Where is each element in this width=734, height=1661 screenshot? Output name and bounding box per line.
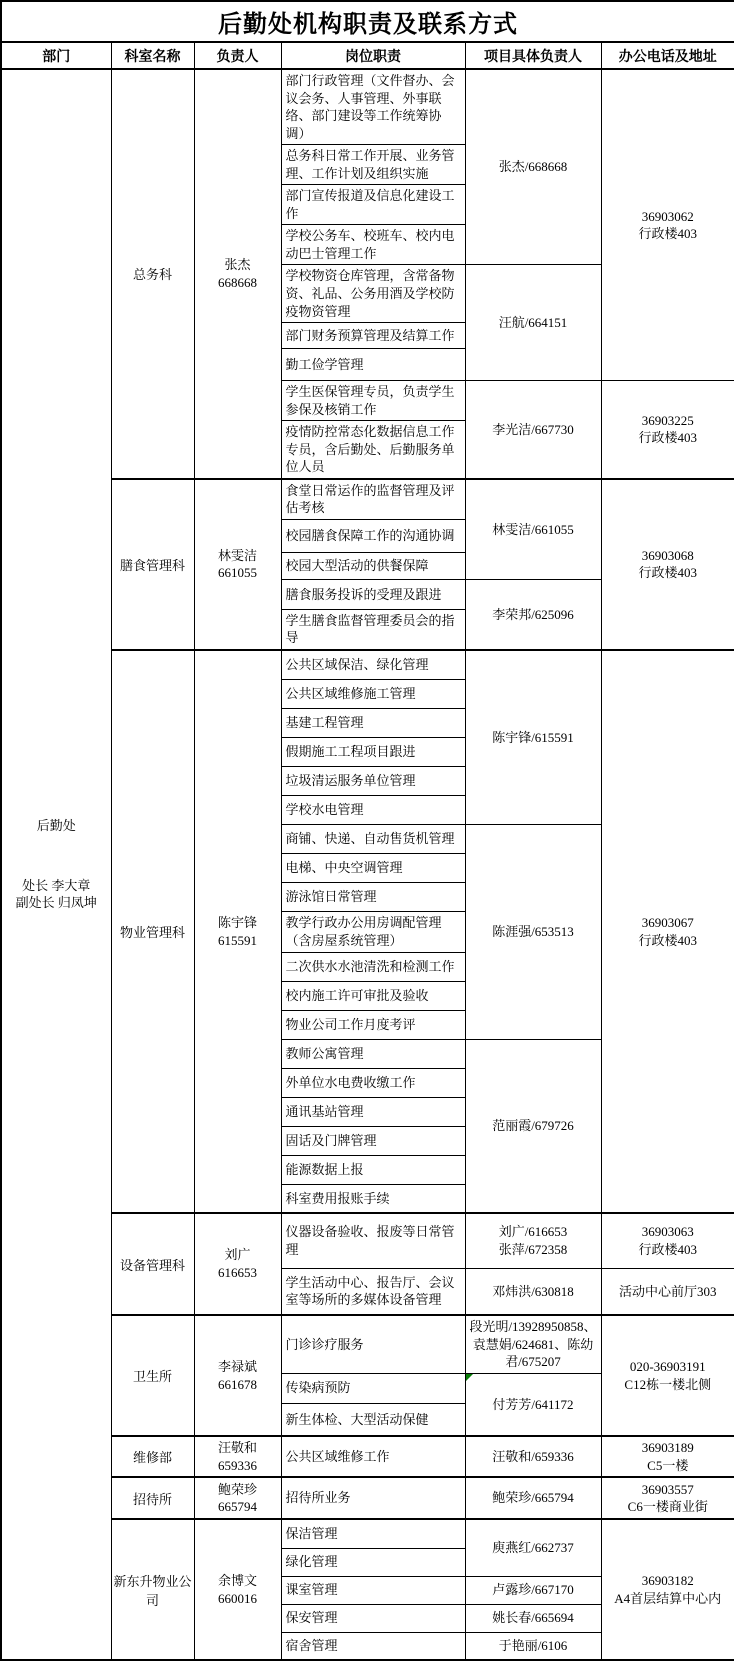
leader-ext: 660016 [197, 1590, 279, 1608]
pm-cell: 段光明/13928950858、袁慧娟/624681、陈幼君/675207 [465, 1315, 601, 1373]
phone-cell: 020-36903191 C12栋一楼北侧 [601, 1315, 734, 1436]
office-cell: 维修部 [111, 1436, 194, 1477]
pm-cell: 李光洁/667730 [465, 381, 601, 479]
leader-cell: 鲍荣珍 665794 [194, 1477, 281, 1519]
leader-name: 李禄斌 [197, 1358, 279, 1376]
office-cell: 膳食管理科 [111, 479, 194, 650]
pm-cell: 鲍荣珍/665794 [465, 1477, 601, 1519]
pm-line: 刘广/616653 [468, 1223, 599, 1241]
duty-cell: 部门财务预算管理及结算工作 [281, 323, 465, 349]
duty-cell: 学校水电管理 [281, 795, 465, 824]
duty-cell: 部门行政管理（文件督办、会议会务、人事管理、外事联络、部门建设等工作统筹协调） [281, 69, 465, 145]
comment-marker [466, 1374, 473, 1381]
phone-cell: 36903068 行政楼403 [601, 479, 734, 650]
duty-cell: 校园膳食保障工作的沟通协调 [281, 519, 465, 552]
pm-line: 李荣邦/625096 [468, 606, 599, 624]
leader-cell: 林雯洁 661055 [194, 479, 281, 650]
duty-cell: 疫情防控常态化数据信息工作专员，含后勤处、后勤服务单位人员 [281, 421, 465, 479]
duty-cell: 学校公务车、校班车、校内电动巴士管理工作 [281, 225, 465, 265]
duty-cell: 招待所业务 [281, 1477, 465, 1519]
duty-cell: 能源数据上报 [281, 1155, 465, 1184]
pm-line: 姚长春/665694 [468, 1609, 599, 1627]
phone-cell: 36903189 C5一楼 [601, 1436, 734, 1477]
phone-cell: 36903225 行政楼403 [601, 381, 734, 479]
pm-cell: 姚长春/665694 [465, 1604, 601, 1632]
duty-cell: 学生膳食监督管理委员会的指导 [281, 609, 465, 650]
duty-cell: 电梯、中央空调管理 [281, 853, 465, 882]
office-cell: 新东升物业公司 [111, 1519, 194, 1660]
dept-name: 后勤处 [4, 817, 109, 835]
duty-cell: 门诊诊疗服务 [281, 1315, 465, 1373]
column-header-duty: 岗位职责 [281, 42, 465, 69]
pm-line: 于艳丽/6106 [468, 1637, 599, 1655]
pm-line: 汪航/664151 [468, 314, 599, 332]
pm-line: 汪敬和/659336 [468, 1448, 599, 1466]
leader-cell: 李禄斌 661678 [194, 1315, 281, 1436]
duty-cell: 物业公司工作月度考评 [281, 1010, 465, 1039]
pm-cell: 汪敬和/659336 [465, 1436, 601, 1477]
leader-name: 林雯洁 [197, 547, 279, 565]
duty-cell: 公共区域保洁、绿化管理 [281, 650, 465, 679]
pm-cell: 于艳丽/6106 [465, 1632, 601, 1660]
pm-line: 陈涯强/653513 [468, 923, 599, 941]
duty-cell: 仪器设备验收、报废等日常管理 [281, 1213, 465, 1268]
page-title: 后勤处机构职责及联系方式 [1, 1, 734, 42]
pm-line: 林雯洁/661055 [468, 521, 599, 539]
column-header-office: 科室名称 [111, 42, 194, 69]
phone-number: 36903225 [604, 412, 733, 430]
leader-cell: 张杰 668668 [194, 69, 281, 479]
pm-line: 庾燕红/662737 [468, 1539, 599, 1557]
phone-number: 36903189 [604, 1439, 733, 1457]
duty-cell: 学校物资仓库管理，含常备物资、礼品、公务用酒及学校防疫物资管理 [281, 265, 465, 323]
office-cell: 卫生所 [111, 1315, 194, 1436]
duty-cell: 绿化管理 [281, 1548, 465, 1576]
pm-line: 卢露珍/667170 [468, 1581, 599, 1599]
duty-cell: 公共区域维修施工管理 [281, 679, 465, 708]
duty-cell: 勤工俭学管理 [281, 349, 465, 381]
duty-cell: 外单位水电费收缴工作 [281, 1068, 465, 1097]
phone-address: C6一楼商业街 [604, 1498, 733, 1516]
office-cell: 招待所 [111, 1477, 194, 1519]
pm-cell: 陈涯强/653513 [465, 824, 601, 1039]
leader-name: 鲍荣珍 [197, 1481, 279, 1499]
pm-line: 段光明/13928950858、袁慧娟/624681、陈幼君/675207 [468, 1318, 599, 1371]
pm-cell: 林雯洁/661055 [465, 479, 601, 580]
duty-cell: 基建工程管理 [281, 708, 465, 737]
duty-cell: 游泳馆日常管理 [281, 882, 465, 911]
duty-cell: 总务科日常工作开展、业务管理、工作计划及组织实施 [281, 145, 465, 185]
duty-cell: 校园大型活动的供餐保障 [281, 552, 465, 579]
leader-name: 陈宇锋 [197, 914, 279, 932]
pm-line: 范丽霞/679726 [468, 1117, 599, 1135]
phone-cell: 36903063 行政楼403 [601, 1213, 734, 1268]
phone-number: 36903557 [604, 1481, 733, 1499]
pm-line: 张杰/668668 [468, 158, 599, 176]
pm-cell: 范丽霞/679726 [465, 1039, 601, 1213]
leader-cell: 陈宇锋 615591 [194, 650, 281, 1213]
pm-cell: 卢露珍/667170 [465, 1576, 601, 1604]
leader-ext: 665794 [197, 1498, 279, 1516]
duty-cell: 二次供水水池清洗和检测工作 [281, 952, 465, 981]
duty-cell: 假期施工工程项目跟进 [281, 737, 465, 766]
phone-number: 36903182 [604, 1572, 733, 1590]
phone-cell: 36903182 A4首层结算中心内 [601, 1519, 734, 1660]
duty-cell: 膳食服务投诉的受理及跟进 [281, 579, 465, 609]
org-duty-table: 后勤处机构职责及联系方式 部门 科室名称 负责人 岗位职责 项目具体负责人 办公… [0, 0, 734, 1661]
phone-cell: 36903067 行政楼403 [601, 650, 734, 1213]
duty-cell: 垃圾清运服务单位管理 [281, 766, 465, 795]
duty-cell: 固话及门牌管理 [281, 1126, 465, 1155]
pm-line: 鲍荣珍/665794 [468, 1489, 599, 1507]
duty-cell: 教学行政办公用房调配管理（含房屋系统管理） [281, 911, 465, 952]
duty-cell: 部门宣传报道及信息化建设工作 [281, 185, 465, 225]
leader-name: 余博文 [197, 1572, 279, 1590]
leader-cell: 余博文 660016 [194, 1519, 281, 1660]
phone-number: 020-36903191 [604, 1358, 733, 1376]
pm-cell: 付芳芳/641172 [465, 1373, 601, 1436]
column-header-leader: 负责人 [194, 42, 281, 69]
duty-cell: 校内施工许可审批及验收 [281, 981, 465, 1010]
leader-ext: 659336 [197, 1457, 279, 1475]
duty-cell: 传染病预防 [281, 1373, 465, 1403]
duty-cell: 教师公寓管理 [281, 1039, 465, 1068]
dept-cell: 后勤处 处长 李大章 副处长 归凤坤 [1, 69, 111, 1660]
pm-cell: 庾燕红/662737 [465, 1519, 601, 1576]
phone-address: 行政楼403 [604, 1241, 733, 1259]
leader-ext: 661678 [197, 1376, 279, 1394]
pm-cell: 张杰/668668 [465, 69, 601, 265]
column-header-dept: 部门 [1, 42, 111, 69]
phone-address: 行政楼403 [604, 429, 733, 447]
pm-line: 付芳芳/641172 [468, 1396, 599, 1414]
duty-cell: 学生活动中心、报告厅、会议室等场所的多媒体设备管理 [281, 1268, 465, 1315]
phone-address: A4首层结算中心内 [604, 1590, 733, 1608]
phone-address: 行政楼403 [604, 225, 733, 243]
pm-line: 李光洁/667730 [468, 421, 599, 439]
phone-number: 36903062 [604, 208, 733, 226]
pm-cell: 汪航/664151 [465, 265, 601, 381]
leader-ext: 615591 [197, 932, 279, 950]
pm-line: 陈宇锋/615591 [468, 729, 599, 747]
leader-ext: 616653 [197, 1264, 279, 1282]
duty-cell: 通讯基站管理 [281, 1097, 465, 1126]
dept-director: 处长 李大章 [4, 877, 109, 895]
pm-line: 张萍/672358 [468, 1241, 599, 1259]
phone-address: 行政楼403 [604, 564, 733, 582]
leader-cell: 汪敬和 659336 [194, 1436, 281, 1477]
pm-cell: 陈宇锋/615591 [465, 650, 601, 824]
phone-cell: 36903557 C6一楼商业街 [601, 1477, 734, 1519]
duty-cell: 学生医保管理专员，负责学生参保及核销工作 [281, 381, 465, 421]
office-cell: 物业管理科 [111, 650, 194, 1213]
office-cell: 设备管理科 [111, 1213, 194, 1315]
phone-cell: 活动中心前厅303 [601, 1268, 734, 1315]
pm-cell: 邓炜洪/630818 [465, 1268, 601, 1315]
leader-name: 刘广 [197, 1246, 279, 1264]
pm-cell: 刘广/616653 张萍/672358 [465, 1213, 601, 1268]
duty-cell: 宿舍管理 [281, 1632, 465, 1660]
duty-cell: 保洁管理 [281, 1519, 465, 1548]
duty-cell: 食堂日常运作的监督管理及评估考核 [281, 479, 465, 520]
column-header-phone: 办公电话及地址 [601, 42, 734, 69]
pm-cell: 李荣邦/625096 [465, 579, 601, 650]
leader-ext: 668668 [197, 274, 279, 292]
phone-address: 活动中心前厅303 [604, 1283, 733, 1301]
leader-name: 张杰 [197, 256, 279, 274]
duty-cell: 课室管理 [281, 1576, 465, 1604]
column-header-pm: 项目具体负责人 [465, 42, 601, 69]
dept-deputy-director: 副处长 归凤坤 [4, 894, 109, 912]
duty-cell: 商铺、快递、自动售货机管理 [281, 824, 465, 853]
leader-ext: 661055 [197, 564, 279, 582]
phone-address: C12栋一楼北侧 [604, 1376, 733, 1394]
phone-number: 36903063 [604, 1223, 733, 1241]
phone-cell: 36903062 行政楼403 [601, 69, 734, 381]
phone-number: 36903067 [604, 914, 733, 932]
duty-cell: 保安管理 [281, 1604, 465, 1632]
phone-address: C5一楼 [604, 1457, 733, 1475]
duty-cell: 科室费用报账手续 [281, 1184, 465, 1213]
office-cell: 总务科 [111, 69, 194, 479]
leader-cell: 刘广 616653 [194, 1213, 281, 1315]
pm-line: 邓炜洪/630818 [468, 1283, 599, 1301]
phone-number: 36903068 [604, 547, 733, 565]
leader-name: 汪敬和 [197, 1439, 279, 1457]
phone-address: 行政楼403 [604, 932, 733, 950]
duty-cell: 新生体检、大型活动保健 [281, 1403, 465, 1436]
duty-cell: 公共区域维修工作 [281, 1436, 465, 1477]
